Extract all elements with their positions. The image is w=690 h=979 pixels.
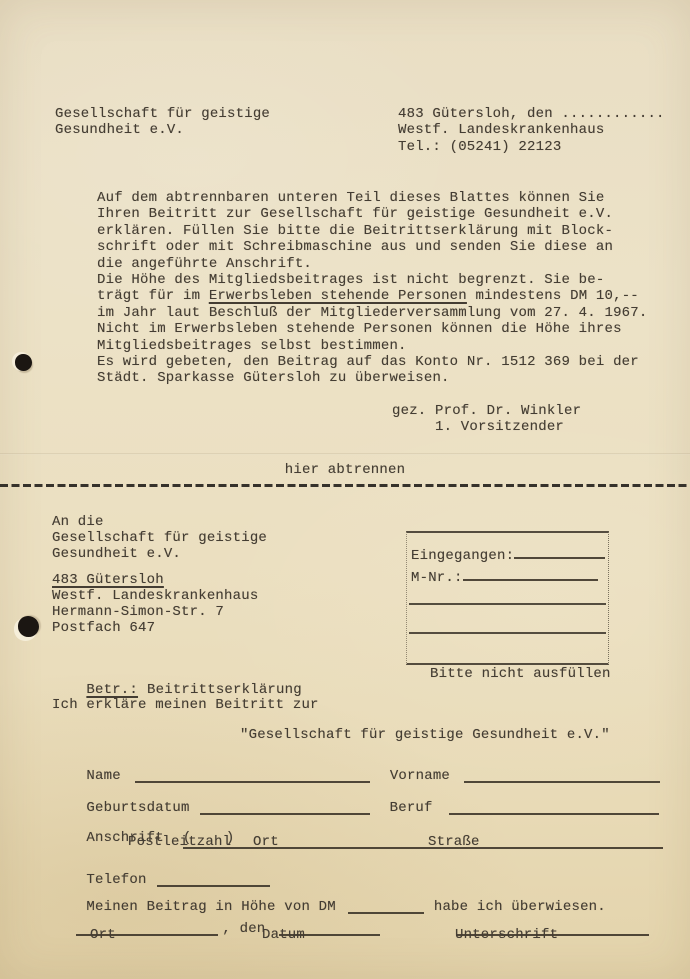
den-label: , den: [222, 921, 265, 937]
recipient-line: Westf. Landeskrankenhaus: [52, 588, 258, 604]
do-not-fill-note: Bitte nicht ausfüllen: [430, 666, 611, 682]
signature-name: gez. Prof. Dr. Winkler: [392, 403, 581, 419]
tear-here-label: hier abtrennen: [0, 462, 690, 478]
recipient-block: An die Gesellschaft für geistige Gesundh…: [52, 514, 267, 562]
office-box-rule: [409, 603, 606, 605]
recipient-city: 483 Gütersloh: [52, 572, 258, 588]
body-line: Ihren Beitritt zur Gesellschaft für geis…: [97, 206, 648, 222]
recipient-line: Hermann-Simon-Str. 7: [52, 604, 258, 620]
body-line-fee: trägt für im Erwerbsleben stehende Perso…: [97, 288, 648, 304]
punch-hole-top: [15, 354, 32, 371]
sender-name-line1: Gesellschaft für geistige: [55, 106, 270, 122]
sender-block: Gesellschaft für geistige Gesundheit e.V…: [55, 106, 270, 139]
paper-fold-crease: [0, 453, 690, 455]
place-date-signature-row: , den: [42, 903, 649, 954]
fee-post: mindestens DM 10,--: [467, 288, 639, 304]
body-line: Die Höhe des Mitgliedsbeitrages ist nich…: [97, 272, 648, 288]
member-no-entry-line: [463, 564, 598, 581]
place-date-line: 483 Gütersloh, den ............: [398, 106, 665, 122]
body-line: schrift oder mit Schreibmaschine aus und…: [97, 239, 648, 255]
recipient-line: Gesundheit e.V.: [52, 546, 267, 562]
datum-label: Datum: [262, 927, 305, 943]
postleitzahl-label: Postleitzahl: [128, 834, 231, 850]
body-line: erklären. Füllen Sie bitte die Beitritts…: [97, 223, 648, 239]
fee-pre: trägt für im: [97, 288, 209, 304]
member-no-row: M-Nr.:: [411, 564, 598, 586]
recipient-line: An die: [52, 514, 267, 530]
body-line: Es wird gebeten, den Beitrag auf das Kon…: [97, 354, 648, 370]
tear-dashed-line: [0, 484, 690, 487]
society-quote-line: "Gesellschaft für geistige Gesundheit e.…: [240, 727, 610, 743]
punch-hole-bottom: [18, 616, 39, 637]
recipient-line: Postfach 647: [52, 620, 258, 636]
body-paragraph: Auf dem abtrennbaren unteren Teil dieses…: [97, 190, 648, 387]
letterhead-right-block: 483 Gütersloh, den ............ Westf. L…: [398, 106, 665, 155]
ort-sublabel: Ort: [253, 834, 279, 850]
office-use-box: Eingegangen: M-Nr.:: [406, 531, 609, 665]
scanned-letter-page: Gesellschaft für geistige Gesundheit e.V…: [0, 0, 690, 979]
strasse-sublabel: Straße: [428, 834, 480, 850]
declaration-line: Ich erkläre meinen Beitritt zur: [52, 697, 319, 713]
sender-name-line2: Gesundheit e.V.: [55, 122, 270, 138]
received-row: Eingegangen:: [411, 542, 605, 564]
body-line: Auf dem abtrennbaren unteren Teil dieses…: [97, 190, 648, 206]
body-line: Mitgliedsbeitrages selbst bestimmen.: [97, 338, 648, 354]
fee-underlined: Erwerbsleben stehende Personen: [209, 288, 467, 304]
signature-title: 1. Vorsitzender: [435, 419, 581, 435]
vorname-entry-line: [464, 766, 660, 783]
recipient-line: Gesellschaft für geistige: [52, 530, 267, 546]
subject-label: Betr.:: [86, 682, 138, 698]
body-line: die angeführte Anschrift.: [97, 256, 648, 272]
body-line: im Jahr laut Beschluß der Mitgliedervers…: [97, 305, 648, 321]
ort-footer-label: Ort: [90, 927, 116, 943]
beruf-entry-line: [449, 798, 659, 815]
subject-value: Beitrittserklärung: [147, 682, 302, 698]
phone-line: Tel.: (05241) 22123: [398, 139, 665, 155]
signature-block: gez. Prof. Dr. Winkler 1. Vorsitzender: [392, 403, 581, 436]
received-label: Eingegangen:: [411, 548, 514, 564]
member-no-label: M-Nr.:: [411, 570, 463, 586]
unterschrift-label: Unterschrift: [455, 927, 558, 943]
received-entry-line: [514, 542, 605, 559]
name-entry-line: [135, 766, 370, 783]
geburtsdatum-entry-line: [200, 798, 370, 815]
office-box-rule: [409, 632, 606, 634]
recipient-postal-block: 483 Gütersloh Westf. Landeskrankenhaus H…: [52, 572, 258, 636]
body-line: Nicht im Erwerbsleben stehende Personen …: [97, 321, 648, 337]
institution-line: Westf. Landeskrankenhaus: [398, 122, 665, 138]
body-line: Städt. Sparkasse Gütersloh zu überweisen…: [97, 370, 648, 386]
